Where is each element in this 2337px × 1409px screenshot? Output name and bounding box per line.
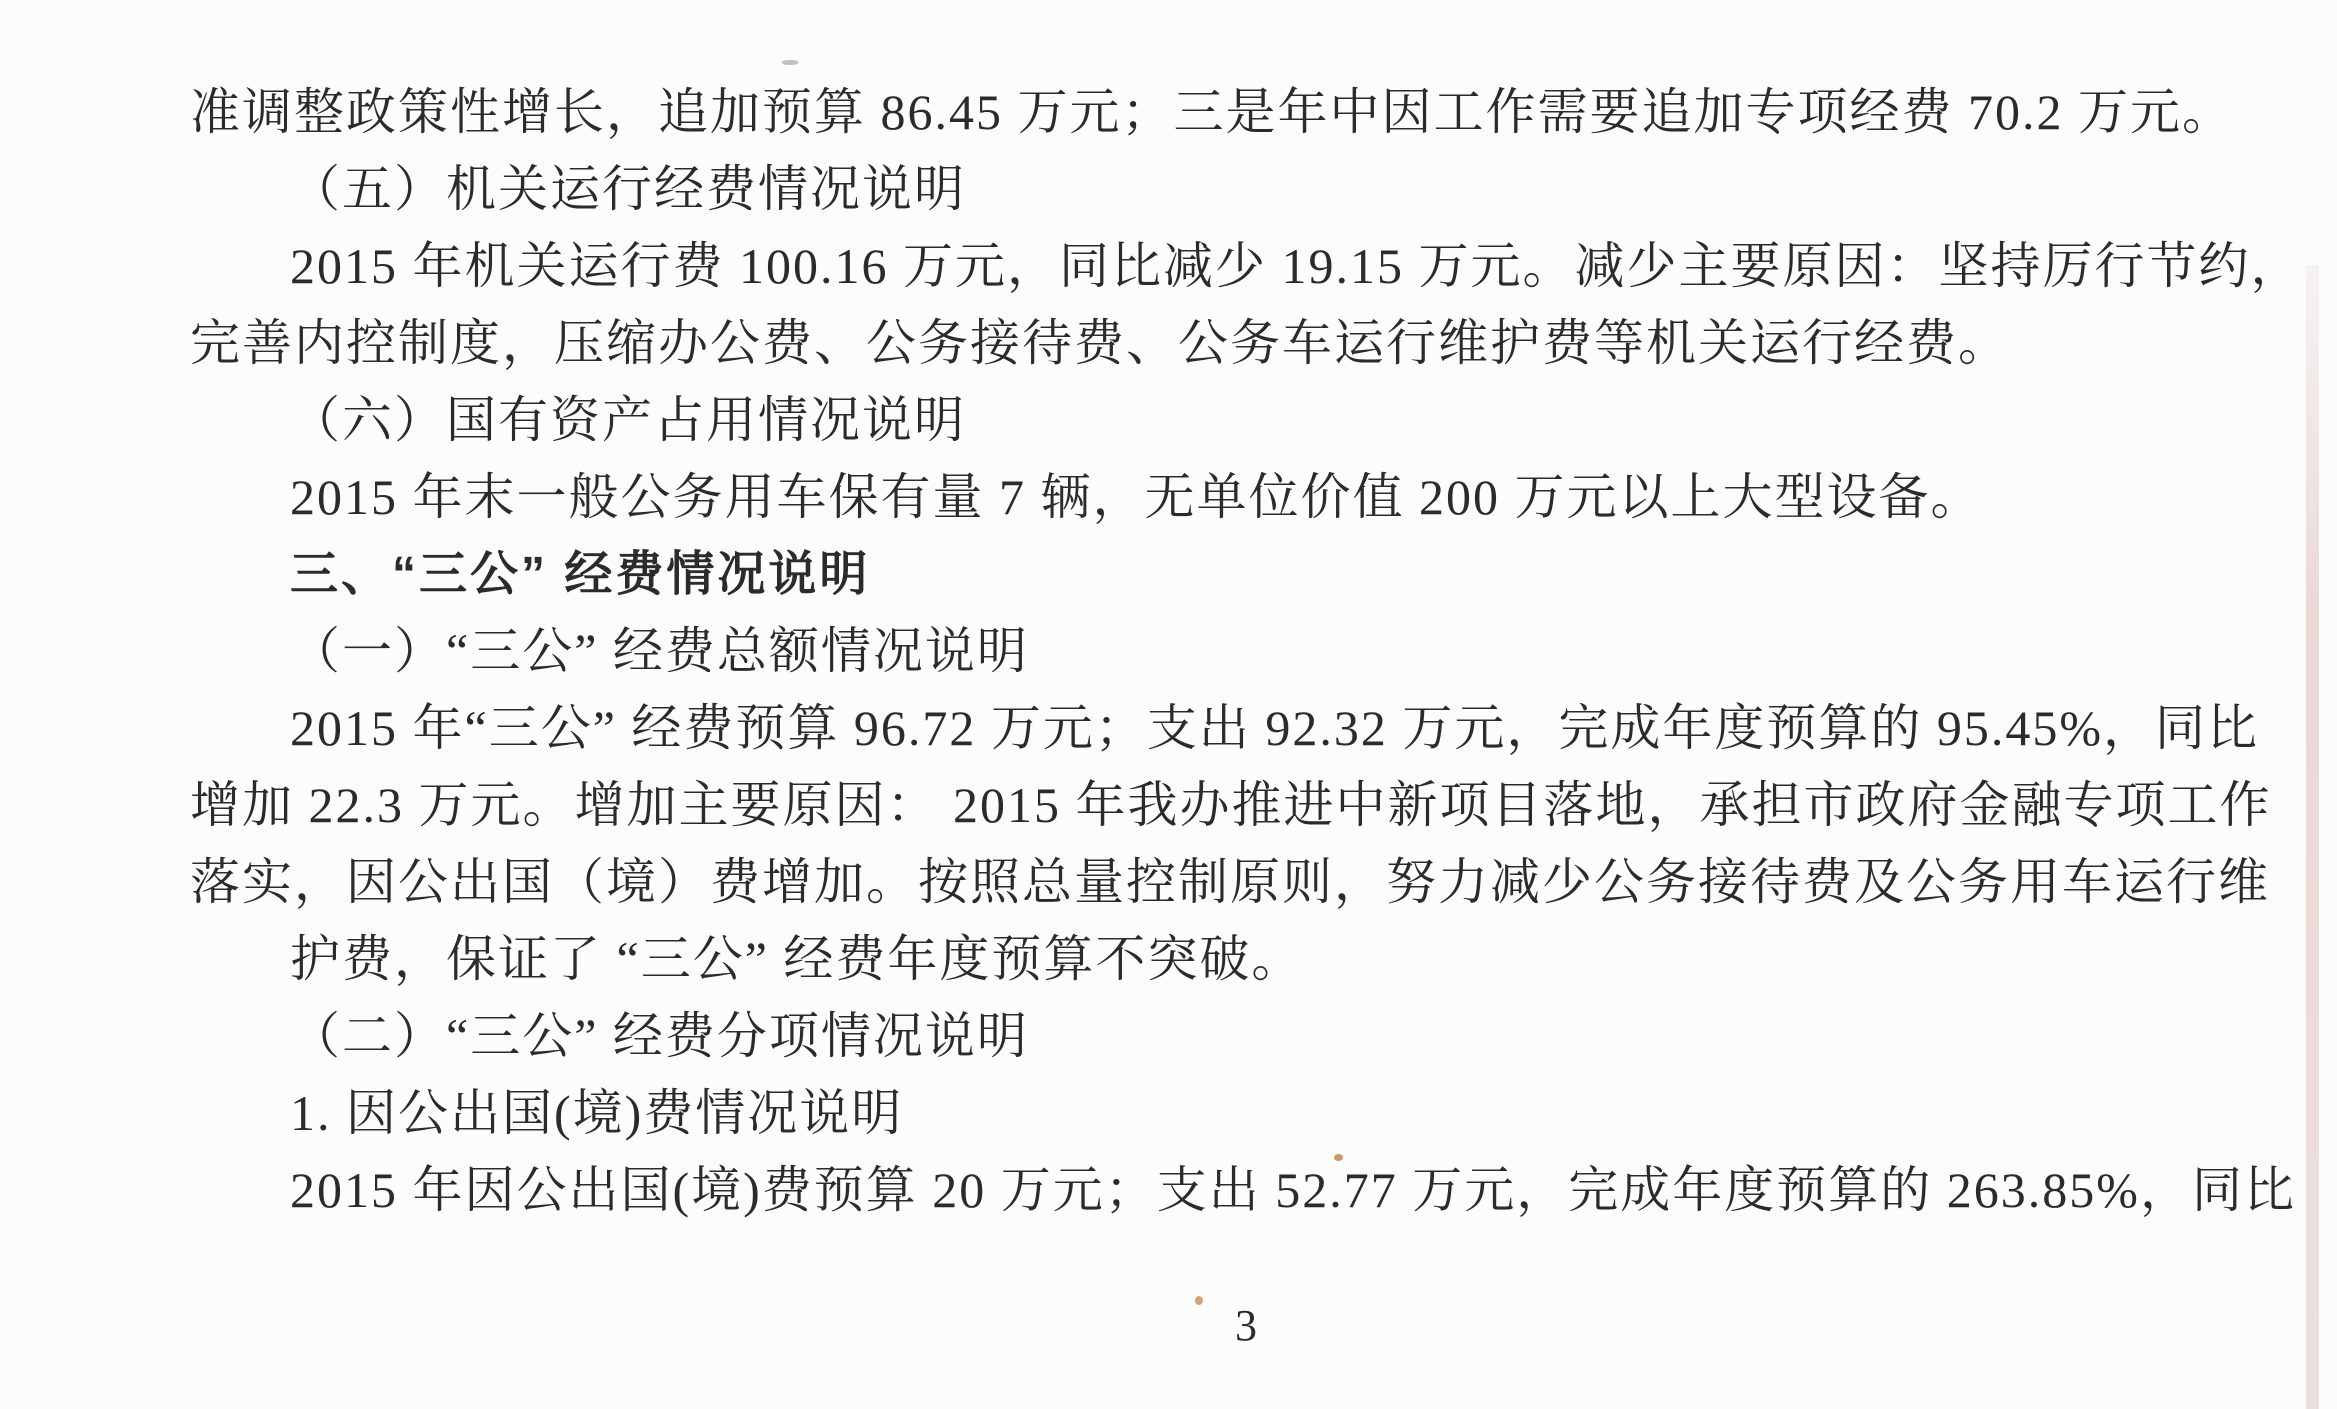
scan-speck: [1334, 1154, 1343, 1161]
body-text-line-1: 准调整政策性增长，追加预算 86.45 万元；三是年中因工作需要追加专项经费 7…: [190, 74, 2302, 151]
scan-speck: [782, 60, 798, 65]
section-heading-3: 三、“三公” 经费情况说明: [190, 536, 2302, 613]
body-text-line-12: 护费，保证了 “三公” 经费年度预算不突破。: [190, 921, 2302, 998]
subsection-heading-1: （一）“三公” 经费总额情况说明: [190, 613, 2302, 690]
subsection-heading-2: （二）“三公” 经费分项情况说明: [190, 998, 2302, 1075]
body-text-line-10: 增加 22.3 万元。增加主要原因： 2015 年我办推进中新项目落地，承担市政…: [190, 767, 2302, 844]
body-text-line-4: 完善内控制度，压缩办公费、公务接待费、公务车运行维护费等机关运行经费。: [190, 305, 2302, 382]
scan-speck: [1195, 1296, 1203, 1305]
scan-edge-artifact: [2306, 265, 2319, 1409]
document-body: 准调整政策性增长，追加预算 86.45 万元；三是年中因工作需要追加专项经费 7…: [190, 74, 2302, 1229]
body-text-line-9: 2015 年“三公” 经费预算 96.72 万元；支出 92.32 万元，完成年…: [190, 690, 2302, 767]
body-text-line-11: 落实，因公出国（境）费增加。按照总量控制原则，努力减少公务接待费及公务用车运行维: [190, 844, 2302, 921]
scanned-document-page: 准调整政策性增长，追加预算 86.45 万元；三是年中因工作需要追加专项经费 7…: [0, 0, 2337, 1409]
subsection-heading-5: （五）机关运行经费情况说明: [190, 151, 2302, 228]
item-heading-1: 1. 因公出国(境)费情况说明: [190, 1075, 2302, 1152]
page-number: 3: [190, 1300, 2302, 1351]
body-text-line-15: 2015 年因公出国(境)费预算 20 万元；支出 52.77 万元，完成年度预…: [190, 1152, 2302, 1229]
body-text-line-6: 2015 年末一般公务用车保有量 7 辆，无单位价值 200 万元以上大型设备。: [190, 459, 2302, 536]
subsection-heading-6: （六）国有资产占用情况说明: [190, 382, 2302, 459]
body-text-line-3: 2015 年机关运行费 100.16 万元，同比减少 19.15 万元。减少主要…: [190, 228, 2302, 305]
